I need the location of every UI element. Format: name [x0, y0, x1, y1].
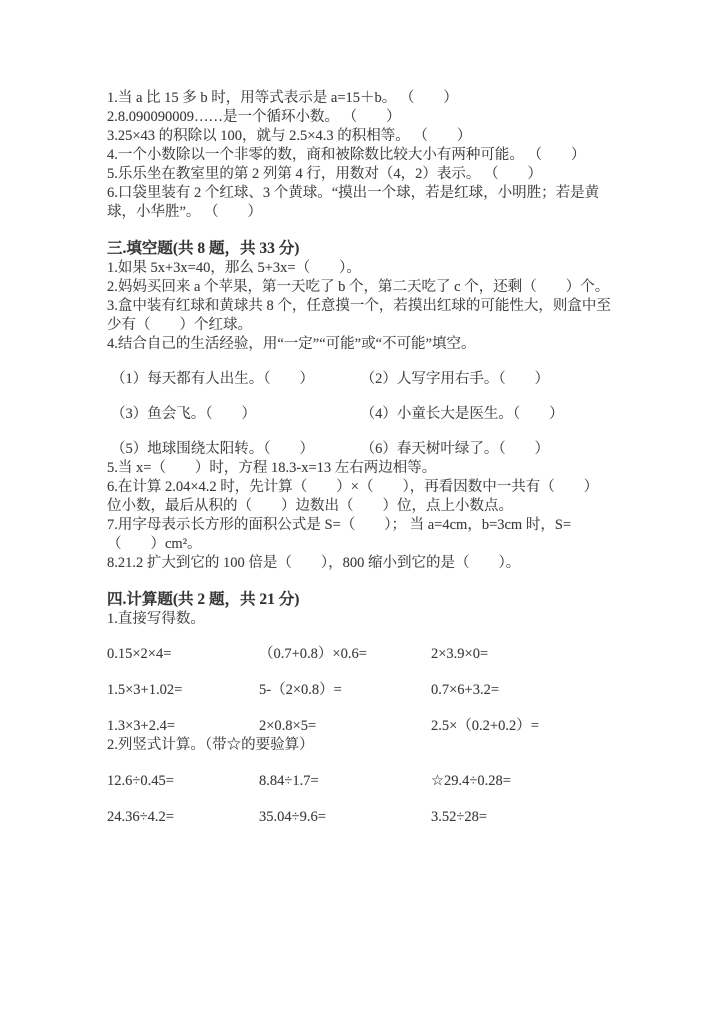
- calc-expression: 8.84÷1.7=: [259, 772, 431, 791]
- calc-expression: ☆29.4÷0.28=: [431, 772, 611, 791]
- judge-item-5: 5.乐乐坐在教室里的第 2 列第 4 行，用数对（4，2）表示。 （ ）: [107, 165, 611, 184]
- calc-expression: 2×3.9×0=: [431, 645, 611, 664]
- calc-expression: 3.52÷28=: [431, 808, 611, 827]
- fill-subitem-1: （1）每天都有人出生。（ ）: [111, 370, 357, 389]
- calc-expression: 0.15×2×4=: [107, 645, 259, 664]
- fill-section: 1.如果 5x+3x=40，那么 5+3x=（ ）。 2.妈妈买回来 a 个苹果…: [107, 259, 611, 573]
- calc-expression: 2×0.8×5=: [259, 717, 431, 736]
- fill-item-5: 5.当 x=（ ）时，方程 18.3-x=13 左右两边相等。: [107, 459, 611, 478]
- calc-expression: 1.3×3+2.4=: [107, 717, 259, 736]
- fill-subitem-5: （5）地球围绕太阳转。（ ）: [111, 440, 357, 459]
- calc-row-5: 24.36÷4.2= 35.04÷9.6= 3.52÷28=: [107, 808, 611, 827]
- calc-expression: 0.7×6+3.2=: [431, 681, 611, 700]
- fill-subitem-2: （2）人写字用右手。（ ）: [361, 371, 550, 387]
- fill-item-7: 7.用字母表示长方形的面积公式是 S=（ ）； 当 a=4cm，b=3cm 时，…: [107, 516, 611, 554]
- calc-section: 1.直接写得数。 0.15×2×4= （0.7+0.8）×0.6= 2×3.9×…: [107, 610, 611, 827]
- fill-subrow-3: （5）地球围绕太阳转。（ ） （6）春天树叶绿了。（ ）: [107, 440, 611, 459]
- calc-expression: 24.36÷4.2=: [107, 808, 259, 827]
- fill-subitem-6: （6）春天树叶绿了。（ ）: [361, 441, 550, 457]
- calc-row-1: 0.15×2×4= （0.7+0.8）×0.6= 2×3.9×0=: [107, 645, 611, 664]
- fill-subitem-4: （4）小童长大是医生。（ ）: [361, 406, 564, 422]
- fill-item-3: 3.盒中装有红球和黄球共 8 个，任意摸一个，若摸出红球的可能性大，则盒中至少有…: [107, 297, 611, 335]
- calc-part2-label: 2.列竖式计算。（带☆的要验算）: [107, 736, 611, 755]
- calc-expression: 2.5×（0.2+0.2）=: [431, 717, 611, 736]
- fill-item-4: 4.结合自己的生活经验，用“一定”“可能”或“不可能”填空。: [107, 335, 611, 354]
- calc-row-4: 12.6÷0.45= 8.84÷1.7= ☆29.4÷0.28=: [107, 772, 611, 791]
- fill-subrow-1: （1）每天都有人出生。（ ） （2）人写字用右手。（ ）: [107, 370, 611, 389]
- worksheet-page: 1.当 a 比 15 多 b 时，用等式表示是 a=15＋b。 （ ） 2.8.…: [0, 0, 720, 1018]
- fill-subrow-2: （3）鱼会飞。（ ） （4）小童长大是医生。（ ）: [107, 405, 611, 424]
- calc-section-title: 四.计算题(共 2 题，共 21 分): [107, 590, 611, 610]
- true-false-section: 1.当 a 比 15 多 b 时，用等式表示是 a=15＋b。 （ ） 2.8.…: [107, 89, 611, 222]
- calc-part1-label: 1.直接写得数。: [107, 610, 611, 629]
- judge-item-6: 6.口袋里装有 2 个红球、3 个黄球。“摸出一个球，若是红球，小明胜；若是黄球…: [107, 184, 611, 222]
- calc-row-2: 1.5×3+1.02= 5-（2×0.8）= 0.7×6+3.2=: [107, 681, 611, 700]
- fill-item-6: 6.在计算 2.04×4.2 时，先计算（ ）×（ ），再看因数中一共有（ ）位…: [107, 478, 611, 516]
- judge-item-3: 3.25×43 的积除以 100，就与 2.5×4.3 的积相等。 （ ）: [107, 127, 611, 146]
- fill-subitem-3: （3）鱼会飞。（ ）: [111, 405, 357, 424]
- worksheet-content: 1.当 a 比 15 多 b 时，用等式表示是 a=15＋b。 （ ） 2.8.…: [107, 89, 611, 827]
- judge-item-1: 1.当 a 比 15 多 b 时，用等式表示是 a=15＋b。 （ ）: [107, 89, 611, 108]
- calc-expression: 12.6÷0.45=: [107, 772, 259, 791]
- judge-item-2: 2.8.090090009……是一个循环小数。 （ ）: [107, 108, 611, 127]
- calc-expression: 35.04÷9.6=: [259, 808, 431, 827]
- fill-item-1: 1.如果 5x+3x=40，那么 5+3x=（ ）。: [107, 259, 611, 278]
- calc-expression: （0.7+0.8）×0.6=: [259, 645, 431, 664]
- calc-expression: 5-（2×0.8）=: [259, 681, 431, 700]
- fill-item-8: 8.21.2 扩大到它的 100 倍是（ ），800 缩小到它的是（ ）。: [107, 554, 611, 573]
- fill-section-title: 三.填空题(共 8 题，共 33 分): [107, 239, 611, 259]
- judge-item-4: 4.一个小数除以一个非零的数，商和被除数比较大小有两种可能。 （ ）: [107, 146, 611, 165]
- calc-expression: 1.5×3+1.02=: [107, 681, 259, 700]
- calc-row-3: 1.3×3+2.4= 2×0.8×5= 2.5×（0.2+0.2）=: [107, 717, 611, 736]
- fill-item-2: 2.妈妈买回来 a 个苹果，第一天吃了 b 个，第二天吃了 c 个，还剩（ ）个…: [107, 278, 611, 297]
